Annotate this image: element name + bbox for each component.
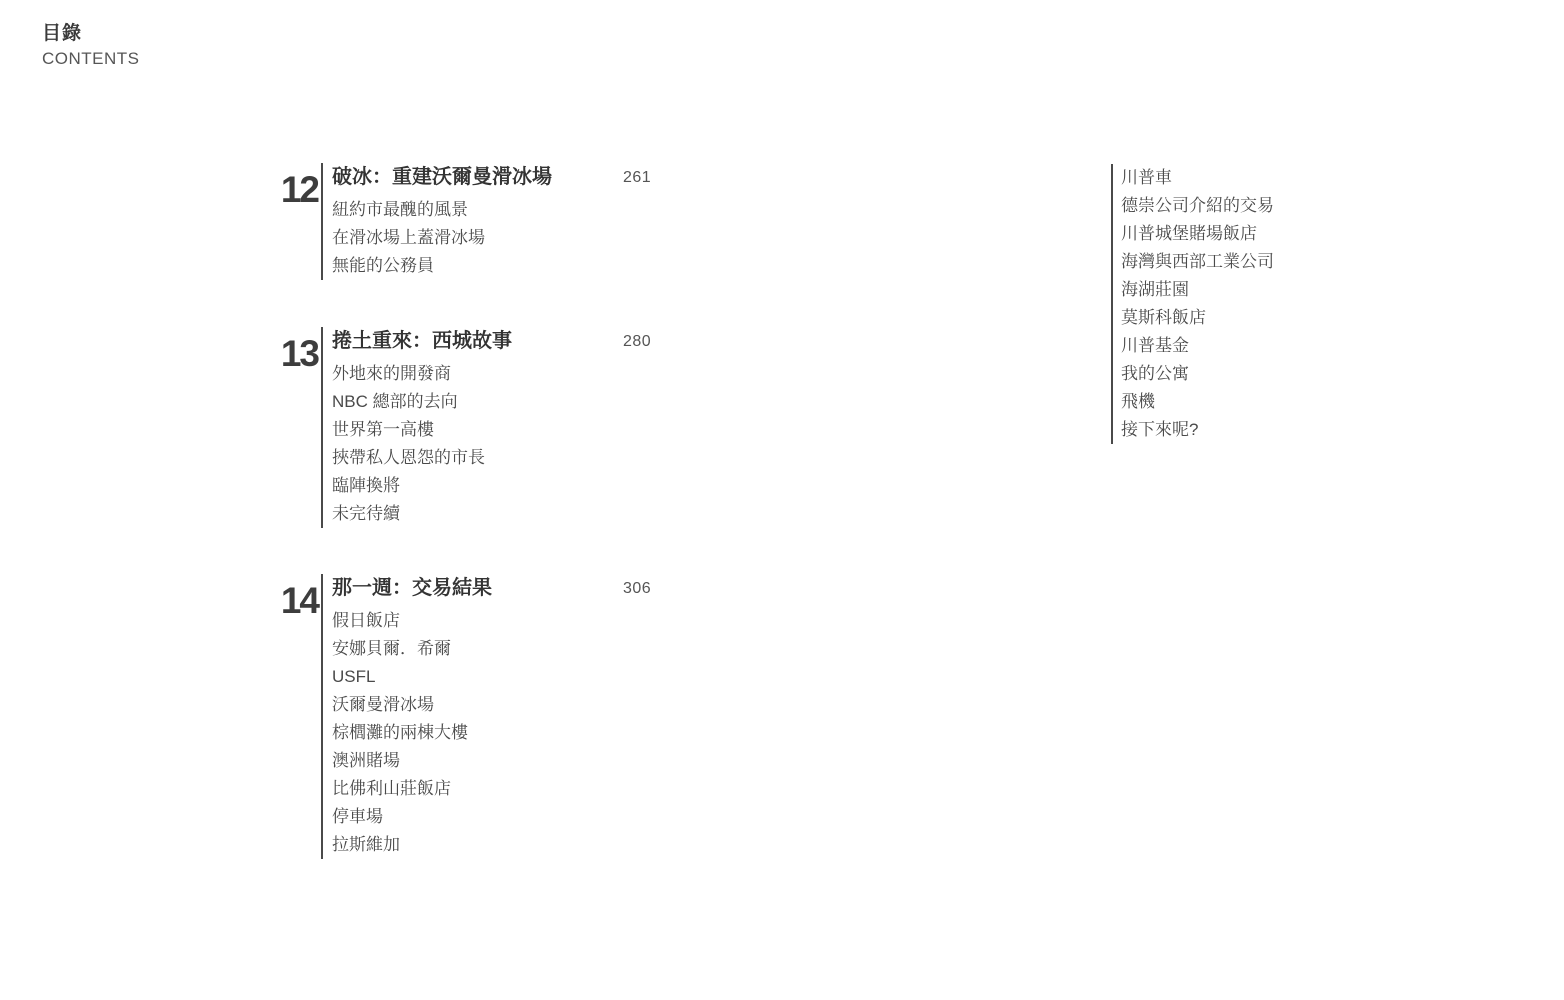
- toc-subtopic: 紐約市最醜的風景: [332, 196, 708, 224]
- toc-subtopic: 沃爾曼滑冰場: [332, 691, 708, 719]
- toc-subtopic: 停車場: [332, 803, 708, 831]
- chapter-page-number: 306: [623, 580, 651, 598]
- toc-continuation-column: 川普車德崇公司介紹的交易川普城堡賭場飯店海灣與西部工業公司海湖莊園莫斯科飯店川普…: [1111, 164, 1371, 444]
- toc-chapter-14: 14 306 那一週：交易結果 假日飯店安娜貝爾．希爾USFL沃爾曼滑冰場棕櫚灘…: [278, 574, 708, 859]
- page-title: 目錄: [42, 22, 140, 46]
- toc-subtopic: 澳洲賭場: [332, 747, 708, 775]
- chapter-number: 13: [278, 335, 318, 372]
- toc-subtopic: NBC 總部的去向: [332, 388, 708, 416]
- toc-chapter-12: 12 261 破冰：重建沃爾曼滑冰場 紐約市最醜的風景在滑冰場上蓋滑冰場無能的公…: [278, 163, 708, 280]
- toc-subtopic: 拉斯維加: [332, 831, 708, 859]
- chapter-subtopics: 紐約市最醜的風景在滑冰場上蓋滑冰場無能的公務員: [332, 196, 708, 280]
- chapter-number: 14: [278, 582, 318, 619]
- chapter-subtopics: 外地來的開發商NBC 總部的去向世界第一高樓挾帶私人恩怨的市長臨陣換將未完待續: [332, 360, 708, 528]
- toc-subtopic: 川普車: [1121, 164, 1371, 192]
- toc-subtopic: 無能的公務員: [332, 252, 708, 280]
- chapter-body: 那一週：交易結果 假日飯店安娜貝爾．希爾USFL沃爾曼滑冰場棕櫚灘的兩棟大樓澳洲…: [321, 574, 708, 859]
- page-subtitle: CONTENTS: [42, 48, 140, 70]
- page-header: 目錄 CONTENTS: [42, 22, 140, 70]
- toc-page: 目錄 CONTENTS 12 261 破冰：重建沃爾曼滑冰場 紐約市最醜的風景在…: [0, 0, 1564, 1000]
- chapter-title: 破冰：重建沃爾曼滑冰場: [332, 163, 708, 191]
- toc-subtopic: 飛機: [1121, 388, 1371, 416]
- chapter-page-number: 261: [623, 169, 651, 187]
- toc-subtopic: 臨陣換將: [332, 472, 708, 500]
- toc-subtopic: 川普城堡賭場飯店: [1121, 220, 1371, 248]
- toc-subtopic: 挾帶私人恩怨的市長: [332, 444, 708, 472]
- toc-subtopic: 我的公寓: [1121, 360, 1371, 388]
- toc-chapter-13: 13 280 捲土重來：西城故事 外地來的開發商NBC 總部的去向世界第一高樓挾…: [278, 327, 708, 528]
- toc-subtopic: 世界第一高樓: [332, 416, 708, 444]
- toc-subtopic: 海灣與西部工業公司: [1121, 248, 1371, 276]
- chapter-number: 12: [278, 171, 318, 208]
- toc-subtopic: 未完待續: [332, 500, 708, 528]
- chapter-page-number: 280: [623, 333, 651, 351]
- chapter-body: 捲土重來：西城故事 外地來的開發商NBC 總部的去向世界第一高樓挾帶私人恩怨的市…: [321, 327, 708, 528]
- toc-subtopic: 川普基金: [1121, 332, 1371, 360]
- toc-subtopic: 外地來的開發商: [332, 360, 708, 388]
- toc-subtopic: 安娜貝爾．希爾: [332, 635, 708, 663]
- toc-subtopic: 莫斯科飯店: [1121, 304, 1371, 332]
- toc-subtopic: 棕櫚灘的兩棟大樓: [332, 719, 708, 747]
- toc-subtopic: 假日飯店: [332, 607, 708, 635]
- toc-subtopic: 接下來呢?: [1121, 416, 1371, 444]
- toc-subtopic: 在滑冰場上蓋滑冰場: [332, 224, 708, 252]
- toc-subtopic: 德崇公司介紹的交易: [1121, 192, 1371, 220]
- chapter-subtopics: 假日飯店安娜貝爾．希爾USFL沃爾曼滑冰場棕櫚灘的兩棟大樓澳洲賭場比佛利山莊飯店…: [332, 607, 708, 859]
- toc-subtopic: 海湖莊園: [1121, 276, 1371, 304]
- toc-subtopic: USFL: [332, 663, 708, 691]
- chapter-title: 捲土重來：西城故事: [332, 327, 708, 355]
- toc-subtopic: 比佛利山莊飯店: [332, 775, 708, 803]
- chapter-title: 那一週：交易結果: [332, 574, 708, 602]
